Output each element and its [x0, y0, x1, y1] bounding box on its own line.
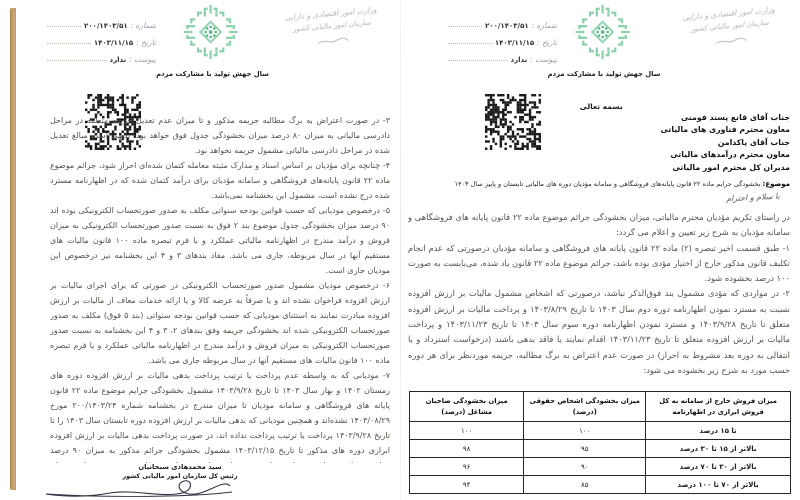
- range-cell: تا ۱۵ درصد: [646, 422, 791, 440]
- salutation-script: با سلام و احترام: [726, 192, 780, 204]
- range-cell: بالاتر از ۳۰ تا ۷۰ درصد: [646, 458, 791, 476]
- col-header-sales-ratio: میزان فروش خارج از سامانه به کل فروش ابر…: [646, 392, 791, 422]
- document-number-block: شماره : ۲۰۰/۱۴۰۳/۵۱ تاریخ : ۱۴۰۳/۱۱/۱۵ پ…: [445, 13, 557, 64]
- number-value: ۲۰۰/۱۴۰۳/۵۱: [84, 22, 128, 30]
- body-paragraph: ۳- در صورت اعتراض به برگ مطالبه جریمه مذ…: [50, 113, 390, 158]
- doc-attachment-row: پیوست : ندارد: [445, 47, 557, 64]
- dotted-leader: [47, 43, 91, 44]
- signature-scribble: [42, 476, 237, 500]
- subject-label: موضوع:: [763, 180, 790, 188]
- date-value: ۱۴۰۳/۱۱/۱۵: [495, 39, 534, 47]
- number-label: شماره :: [532, 21, 557, 30]
- recipient-line: جناب آقای پاکدامن: [661, 137, 791, 149]
- doc-attachment-row: پیوست : ندارد: [44, 47, 156, 64]
- year-slogan: سال جهش تولید با مشارکت مردم: [548, 70, 661, 78]
- table-header-row: میزان فروش خارج از سامانه به کل فروش ابر…: [410, 392, 791, 422]
- doc-date-row: تاریخ : ۱۴۰۳/۱۱/۱۵: [44, 30, 156, 47]
- letter-page-2: وزارت امور اقتصادی و دارایی سازمان امور …: [16, 0, 400, 500]
- range-cell: بالاتر از ۷۰ تا ۱۰۰ درصد: [646, 476, 791, 494]
- recipients-list: جناب آقای قانع پسند فومنی معاون محترم فن…: [661, 112, 791, 174]
- number-value: ۲۰۰/۱۴۰۳/۵۱: [485, 22, 529, 30]
- attachment-value: ندارد: [511, 56, 528, 64]
- range-cell: بالاتر از ۱۵ تا ۳۰ درصد: [646, 440, 791, 458]
- penalty-waiver-table-wrap: میزان فروش خارج از سامانه به کل فروش ابر…: [409, 391, 791, 494]
- dotted-leader: [47, 26, 81, 27]
- business-cell: ۹۸: [410, 440, 524, 458]
- legal-cell: ۱۰۰: [524, 422, 646, 440]
- subject-line: موضوع: بخشودگی جرایم ماده ۲۲ قانون پایان…: [407, 180, 790, 188]
- ministry-letterhead-script: وزارت امور اقتصادی و دارایی سازمان امور …: [668, 4, 791, 54]
- doc-date-row: تاریخ : ۱۴۰۳/۱۱/۱۵: [445, 30, 557, 47]
- recipient-line: مدیران کل محترم امور مالیاتی: [661, 162, 791, 174]
- attachment-label: پیوست :: [530, 55, 557, 64]
- besmeh-taala: بسمه تعالی: [580, 102, 623, 111]
- number-label: شماره :: [131, 21, 156, 30]
- body-paragraph: در راستای تکریم مؤدیان محترم مالیاتی، می…: [408, 210, 790, 241]
- scanned-letter-stage: وزارت امور اقتصادی و دارایی سازمان امور …: [0, 0, 800, 500]
- signature-name: سید محمدهادی سبحانیان: [100, 463, 260, 471]
- col-header-legal-persons: میزان بخشودگی اشخاص حقوقی (درصد): [524, 392, 646, 422]
- body-paragraph: ۵- درخصوص مودیانی که حسب قوانین بودجه سن…: [50, 203, 390, 278]
- col-header-business-owners: میزان بخشودگی صاحبان مشاغل (درصد): [410, 392, 524, 422]
- dotted-leader: [47, 60, 107, 61]
- ministry-letterhead-script: وزارت امور اقتصادی و دارایی سازمان امور …: [270, 4, 393, 54]
- recipient-line: معاون محترم فناوری های مالیاتی: [661, 124, 791, 136]
- legal-cell: ۹۰: [524, 458, 646, 476]
- document-number-block: شماره : ۲۰۰/۱۴۰۳/۵۱ تاریخ : ۱۴۰۳/۱۱/۱۵ پ…: [44, 13, 156, 64]
- attachment-value: ندارد: [110, 56, 127, 64]
- body-paragraph: ۶- درخصوص مودیان مشمول صدور صورتحساب الک…: [50, 278, 390, 368]
- table-row: تا ۱۵ درصد ۱۰۰ ۱۰۰: [410, 422, 791, 440]
- legal-cell: ۹۵: [524, 440, 646, 458]
- qr-code: [485, 94, 541, 150]
- date-value: ۱۴۰۳/۱۱/۱۵: [94, 39, 133, 47]
- table-row: بالاتر از ۱۵ تا ۳۰ درصد ۹۵ ۹۸: [410, 440, 791, 458]
- body-paragraph: ۴- چنانچه برای مؤدیان بر اساس اسناد و مد…: [50, 158, 390, 203]
- dotted-leader: [448, 43, 492, 44]
- recipient-line: جناب آقای قانع پسند فومنی: [661, 112, 791, 124]
- body-paragraph: ۱- طبق قسمت اخیر تبصره (۲) ماده ۲۲ قانون…: [408, 241, 790, 287]
- tax-organization-logo-icon: [178, 3, 244, 65]
- year-slogan: سال جهش تولید با مشارکت مردم: [156, 70, 269, 78]
- dotted-leader: [448, 60, 508, 61]
- letter-body-page1: در راستای تکریم مؤدیان محترم مالیاتی، می…: [408, 210, 790, 390]
- recipient-line: معاون محترم درآمدهای مالیاتی: [661, 149, 791, 161]
- business-cell: ۹۶: [410, 458, 524, 476]
- penalty-waiver-table: میزان فروش خارج از سامانه به کل فروش ابر…: [409, 391, 791, 494]
- letter-body-page2: ۳- در صورت اعتراض به برگ مطالبه جریمه مذ…: [50, 113, 390, 463]
- table-row: بالاتر از ۳۰ تا ۷۰ درصد ۹۰ ۹۶: [410, 458, 791, 476]
- doc-number-row: شماره : ۲۰۰/۱۴۰۳/۵۱: [44, 13, 156, 30]
- date-label: تاریخ :: [537, 38, 557, 47]
- business-cell: ۹۴: [410, 476, 524, 494]
- table-row: بالاتر از ۷۰ تا ۱۰۰ درصد ۸۵ ۹۴: [410, 476, 791, 494]
- legal-cell: ۸۵: [524, 476, 646, 494]
- subject-text: بخشودگی جرایم ماده ۲۲ قانون پایانه‌های ف…: [455, 180, 761, 188]
- letterhead-flourish: [714, 35, 749, 46]
- doc-number-row: شماره : ۲۰۰/۱۴۰۳/۵۱: [445, 13, 557, 30]
- tax-organization-logo-icon: [569, 3, 635, 65]
- letterhead-flourish: [316, 35, 351, 46]
- business-cell: ۱۰۰: [410, 422, 524, 440]
- dotted-leader: [448, 26, 482, 27]
- letter-page-1: وزارت امور اقتصادی و دارایی سازمان امور …: [401, 0, 798, 500]
- body-paragraph: ۷- مودیانی که به واسطه عدم پرداخت یا ترت…: [50, 368, 390, 463]
- body-paragraph: ۲- در مواردی که مؤدی مشمول بند فوق‌الذکر…: [408, 286, 790, 378]
- attachment-label: پیوست :: [129, 55, 156, 64]
- date-label: تاریخ :: [136, 38, 156, 47]
